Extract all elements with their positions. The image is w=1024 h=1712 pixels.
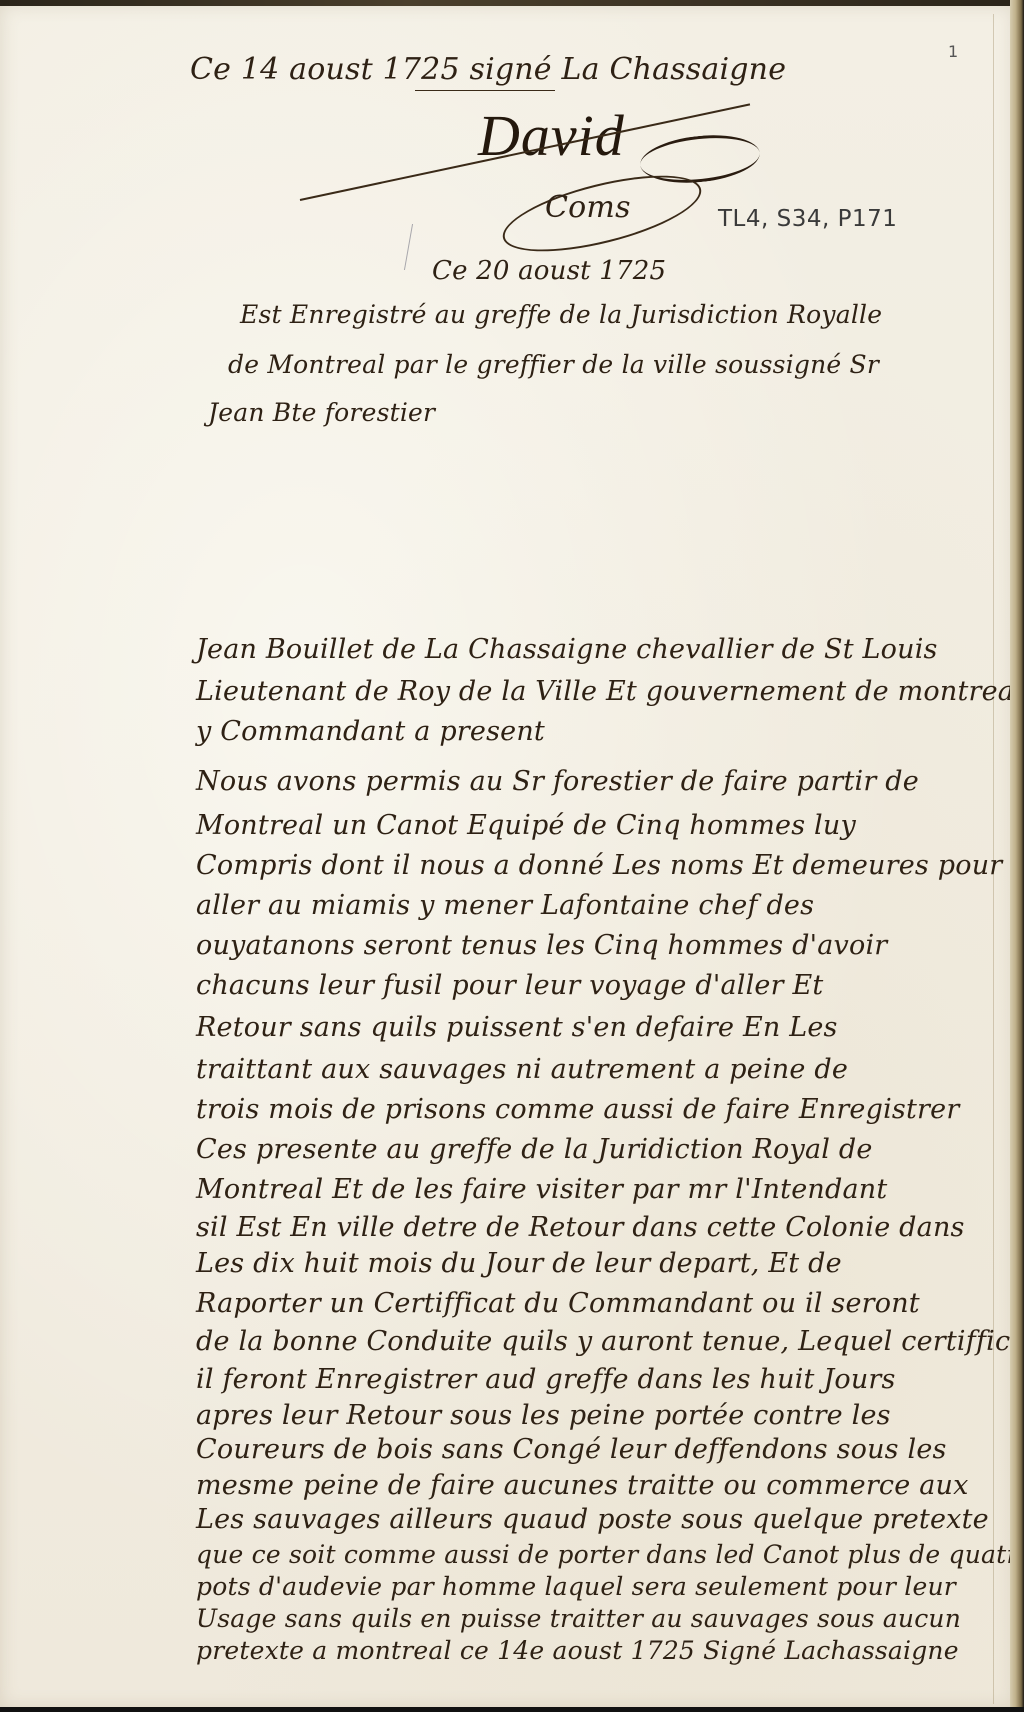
underline [415, 90, 555, 91]
body-line: sil Est En ville detre de Retour dans ce… [196, 1212, 965, 1243]
body-line: apres leur Retour sous les peine portée … [196, 1400, 891, 1431]
body-line: Les sauvages ailleurs quaud poste sous q… [196, 1504, 989, 1535]
registration-line: Jean Bte forestier [208, 398, 435, 427]
body-line: Usage sans quils en puisse traitter au s… [196, 1604, 961, 1633]
body-line: chacuns leur fusil pour leur voyage d'al… [196, 970, 823, 1001]
page-number-mark: 1 [948, 42, 958, 61]
body-line: Les dix huit mois du Jour de leur depart… [196, 1248, 842, 1279]
body-line: pretexte a montreal ce 14e aoust 1725 Si… [196, 1636, 959, 1665]
body-line: Ces presente au greffe de la Juridiction… [196, 1134, 873, 1165]
scan-bottom-edge [0, 1707, 1024, 1712]
signature-coms: Coms [545, 190, 631, 225]
registration-date: Ce 20 aoust 1725 [432, 256, 666, 286]
body-line: Compris dont il nous a donné Les noms Et… [196, 850, 1002, 881]
body-line: aller au miamis y mener Lafontaine chef … [196, 890, 814, 921]
archive-reference-label: TL4, S34, P171 [718, 206, 897, 232]
preamble-line: Jean Bouillet de La Chassaigne chevallie… [196, 634, 938, 665]
registration-line: de Montreal par le greffier de la ville … [228, 350, 879, 379]
body-line: Montreal un Canot Equipé de Cinq hommes … [196, 810, 856, 841]
manuscript-page: 1 Ce 14 aoust 1725 signé La Chassaigne D… [0, 4, 1014, 1708]
body-line: il feront Enregistrer aud greffe dans le… [196, 1364, 896, 1395]
registration-line: Est Enregistré au greffe de la Jurisdict… [240, 300, 882, 329]
body-line: Coureurs de bois sans Congé leur deffend… [196, 1434, 947, 1465]
body-line: Nous avons permis au Sr forestier de fai… [196, 766, 919, 797]
body-line: mesme peine de faire aucunes traitte ou … [196, 1470, 969, 1501]
body-line: Raporter un Certifficat du Commandant ou… [196, 1288, 920, 1319]
preamble-line: y Commandant a present [196, 716, 545, 747]
body-line: traittant aux sauvages ni autrement a pe… [196, 1054, 848, 1085]
body-line: que ce soit comme aussi de porter dans l… [196, 1540, 1024, 1569]
body-line: pots d'audevie par homme laquel sera seu… [196, 1572, 956, 1601]
body-line: Retour sans quils puissent s'en defaire … [196, 1012, 838, 1043]
body-line: ouyatanons seront tenus les Cinq hommes … [196, 930, 887, 961]
header-date-line: Ce 14 aoust 1725 signé La Chassaigne [190, 52, 786, 87]
body-line: Montreal Et de les faire visiter par mr … [196, 1174, 887, 1205]
body-line: trois mois de prisons comme aussi de fai… [196, 1094, 959, 1125]
scan-right-edge [1010, 0, 1024, 1712]
scan-top-edge [0, 0, 1024, 6]
body-line: de la bonne Conduite quils y auront tenu… [196, 1326, 1024, 1357]
preamble-line: Lieutenant de Roy de la Ville Et gouvern… [196, 676, 1023, 707]
